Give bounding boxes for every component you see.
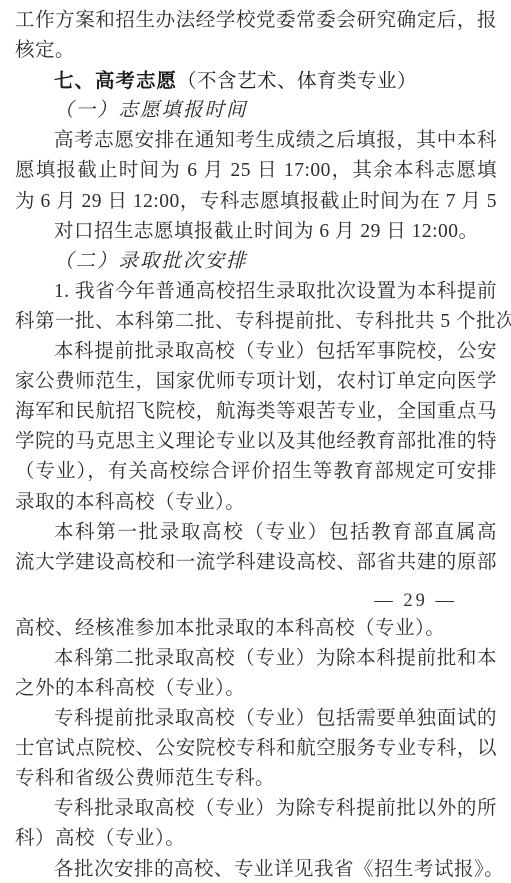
subsection-heading: （一）志愿填报时间 [15, 96, 497, 126]
text-line: 高考志愿安排在通知考生成绩之后填报，其中本科提前批志 [15, 126, 497, 156]
text-line: 本科提前批录取高校（专业）包括军事院校，公安院校，国 [15, 337, 497, 367]
text-line: 为 6 月 29 日 12:00，专科志愿填报截止时间为在 7 月 5 日 12… [15, 187, 497, 217]
subsection-heading: （二）录取批次安排 [15, 247, 497, 277]
text-line: 对口招生志愿填报截止时间为 6 月 29 日 12:00。 [15, 217, 497, 247]
section-heading-title: 七、高考志愿 [54, 70, 177, 92]
text-line: 科）高校（专业）。 [15, 824, 497, 854]
document-page: 工作方案和招生办法经学校党委常委会研究确定后，报省教育厅 核定。 七、高考志愿（… [0, 0, 511, 883]
text-line: 愿填报截止时间为 6 月 25 日 17:00，其余本科志愿填报截止时间 [15, 156, 497, 186]
text-line: 专科批录取高校（专业）为除专科提前批以外的所有高职（专 [15, 794, 497, 824]
text-line: 专科提前批录取高校（专业）包括需要单独面试的定向培养 [15, 704, 497, 734]
text-line: 科第一批、本科第二批、专科提前批、专科批共 5 个批次。 [15, 307, 497, 337]
text-line: 本科第一批录取高校（专业）包括教育部直属高校、世界一 [15, 518, 497, 548]
text-line: 流大学建设高校和一流学科建设高校、部省共建的原部委属重点 [15, 548, 497, 578]
text-line: 各批次安排的高校、专业详见我省《招生考试报》。 [15, 855, 497, 883]
text-line: 核定。 [15, 36, 497, 66]
text-line: 1. 我省今年普通高校招生录取批次设置为本科提前批、本 [15, 277, 497, 307]
text-line: 士官试点院校、公安院校专科和航空服务专业专科，以及航海类 [15, 734, 497, 764]
section-heading: 七、高考志愿（不含艺术、体育类专业） [15, 66, 497, 96]
section-heading-note: （不含艺术、体育类专业） [177, 70, 417, 92]
text-line: 专科和省级公费师范生专科。 [15, 764, 497, 794]
text-line: 高校、经核准参加本批录取的本科高校（专业）。 [15, 614, 497, 644]
text-line: 家公费师范生，国家优师专项计划，农村订单定向医学生，空军、 [15, 367, 497, 397]
page-number: — 29 — [15, 588, 497, 614]
text-line: 本科第二批录取高校（专业）为除本科提前批和本科第一批 [15, 644, 497, 674]
text-line: 海军和民航招飞院校，航海类等艰苦专业，全国重点马克思主义 [15, 397, 497, 427]
text-line: 录取的本科高校（专业）。 [15, 488, 497, 518]
text-line: （专业），有关高校综合评价招生等教育部规定可安排在提前批 [15, 457, 497, 487]
text-line: 工作方案和招生办法经学校党委常委会研究确定后，报省教育厅 [15, 6, 497, 36]
text-line: 学院的马克思主义理论专业以及其他经教育部批准的特殊高校 [15, 427, 497, 457]
text-line: 之外的本科高校（专业）。 [15, 674, 497, 704]
